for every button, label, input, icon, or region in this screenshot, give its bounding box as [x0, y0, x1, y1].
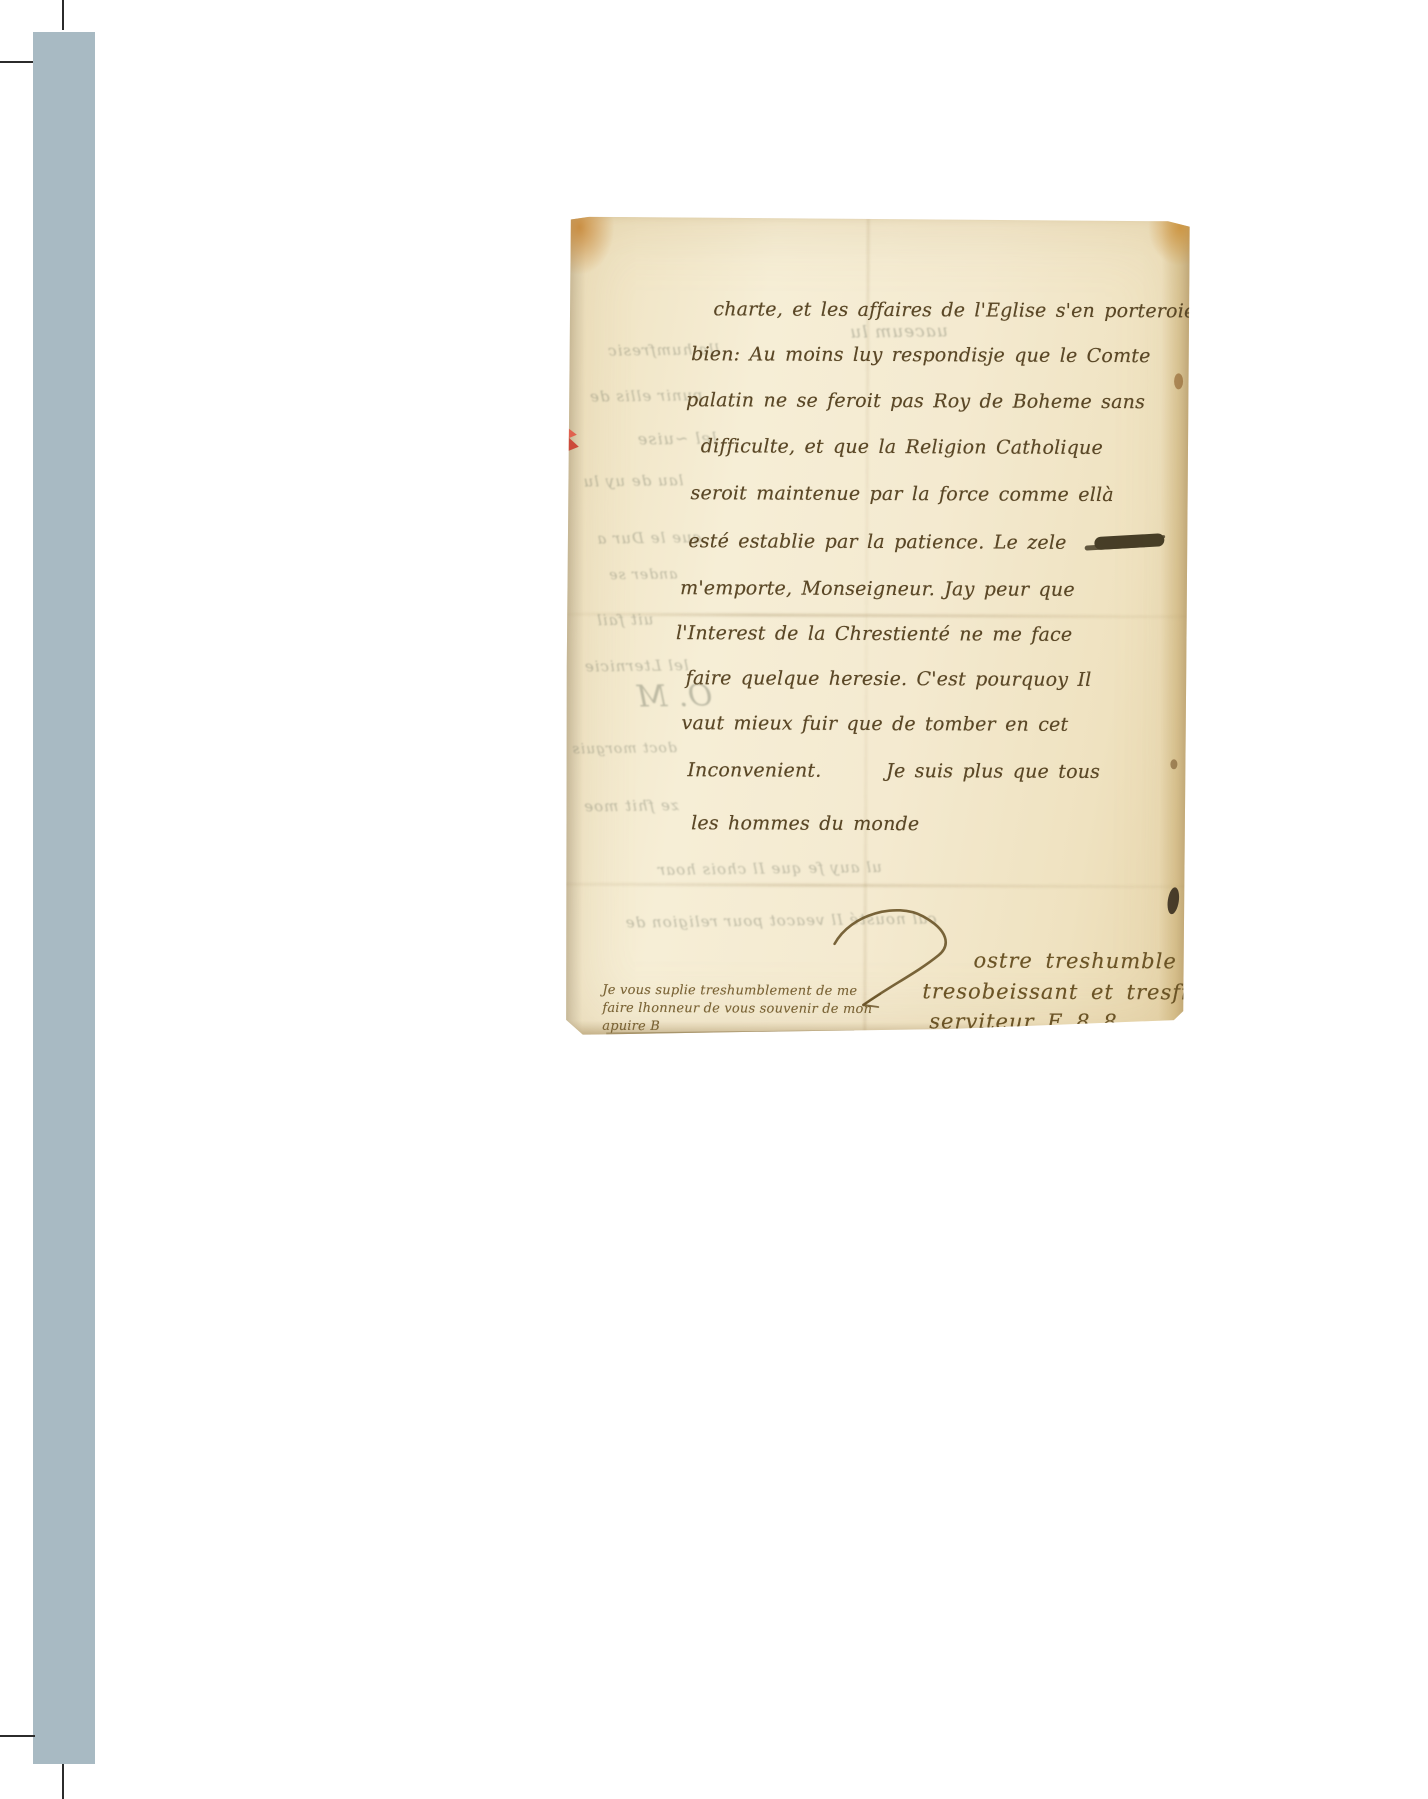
- closing-line: serviteur E 8 8: [929, 1009, 1117, 1034]
- ghost-text: que le Dur a: [596, 528, 702, 547]
- letter-line: Inconvenient. Je suis plus que tous: [687, 759, 1100, 783]
- closing-line: tresobeissant et tresfidelle: [922, 979, 1245, 1004]
- ghost-text: ze fhit moe: [583, 796, 679, 815]
- letter-line: difficulte, et que la Religion Catholiqu…: [701, 435, 1103, 459]
- ghost-text: uit fail: [596, 611, 654, 630]
- letter-line: les hommes du monde: [691, 812, 919, 835]
- crop-mark-bottom-vertical: [62, 1764, 64, 1799]
- letter-line: charte, et les affaires de l'Eglise s'en…: [713, 298, 1215, 322]
- letter-line: l'Interest de la Chrestienté ne me face: [676, 622, 1072, 646]
- accent-sidebar-bar: [33, 32, 95, 1764]
- crop-mark-top-vertical: [62, 0, 64, 30]
- ghost-text: lel Lternicie: [584, 656, 689, 675]
- ghost-text: lau de uy lu: [583, 471, 684, 490]
- closing-line: ostre treshumble: [973, 948, 1176, 973]
- stain-spot-right-edge-small: [1170, 759, 1177, 769]
- manuscript-page: uaceum lu lla humfresic punir ellis de l…: [564, 217, 1190, 1038]
- ghost-text: ul auy fe que Il chois hoar: [657, 858, 882, 879]
- letter-line: palatin ne se feroit pas Roy de Boheme s…: [686, 389, 1145, 413]
- catalog-page: { "page": { "background_color": "#ffffff…: [0, 0, 1428, 1799]
- docket-annotation: Je vous suplie treshumblement de me fair…: [602, 982, 902, 1037]
- fold-crease-horizontal-upper: [566, 613, 1188, 619]
- stain-spot-right-edge: [1174, 373, 1183, 389]
- ghost-text: cal nousté Il veacot pour religion de: [625, 910, 937, 932]
- fold-crease-horizontal-lower: [565, 883, 1187, 889]
- letter-line: esté establie par la patience. Le zele: [688, 530, 1066, 554]
- ghost-text: uaceum lu: [849, 321, 948, 342]
- paper-right-deckle-edge: [1158, 219, 1190, 1037]
- crop-mark-top-horizontal: [0, 61, 33, 63]
- paper-left-edge-shading: [564, 217, 586, 1035]
- struck-out-word-scribble: [1094, 533, 1165, 550]
- letter-line: faire quelque heresie. C'est pourquoy Il: [686, 667, 1092, 691]
- letter-line: vaut mieux fuir que de tomber en cet: [682, 712, 1069, 736]
- ghost-text: ander se: [608, 567, 677, 584]
- letter-line: seroit maintenue par la force comme ellà: [691, 482, 1114, 506]
- letter-line: m'emporte, Monseigneur. Jay peur que: [680, 577, 1075, 601]
- ghost-text: doct morguis: [571, 740, 677, 757]
- letter-line: bien: Au moins luy respondisje que le Co…: [691, 343, 1150, 367]
- crop-mark-bottom-horizontal: [0, 1735, 35, 1737]
